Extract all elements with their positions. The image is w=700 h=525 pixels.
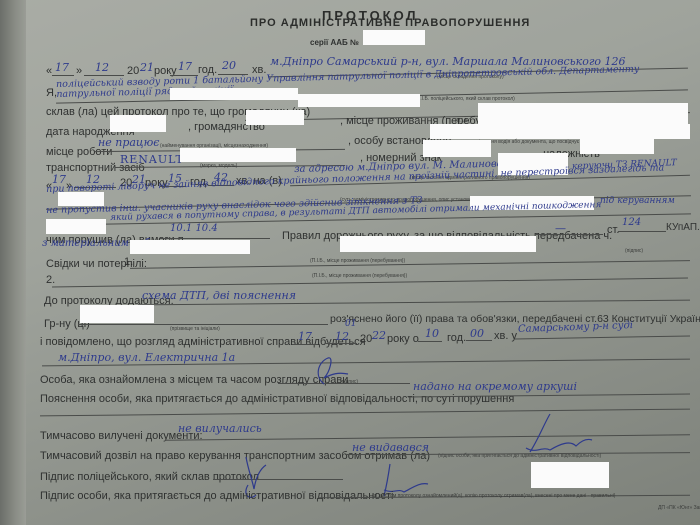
hearing-hour-label: год. [447, 332, 466, 344]
redacted-officer-name [170, 88, 298, 100]
series-label: серії ААБ № [310, 38, 359, 47]
redacted-person-name [80, 305, 154, 323]
hearing-year-label: року о [387, 333, 419, 345]
redacted-other-driver [46, 219, 106, 234]
rights-name-caption: (прізвище та ініціали) [170, 326, 220, 332]
print-mark: ДП «ПК «Юнг» Зам. 96 [658, 505, 700, 511]
hearing-year-prefix: 20 [360, 333, 372, 345]
person-signature-caption: (зі змістом протоколу ознайомлений(а), к… [372, 493, 615, 499]
witness-2-caption: (П.І.Б., місце проживання (перебування)) [312, 273, 407, 279]
article-label: ст. [607, 224, 619, 236]
documents-value: не вилучались [178, 422, 262, 435]
rights-text: роз'яснено його (її) права та обов'язки,… [330, 313, 700, 325]
explanation-label: Пояснення особи, яка притягається до адм… [40, 393, 514, 405]
witness-1-number: 1. [124, 256, 133, 268]
redacted-citizenship [246, 110, 304, 125]
compile-hour: 17 [178, 60, 192, 73]
permit-value: не видавався [352, 441, 429, 454]
acknowledgement-signature [310, 348, 350, 388]
article-value: 124 [622, 217, 641, 228]
witness-1-caption: (П.І.Б., місце проживання (перебування)) [310, 258, 405, 264]
compile-day: 17 [55, 61, 69, 74]
vehicle-caption: (марка, модель) [200, 163, 237, 169]
document-subtitle: ПРО АДМІНІСТРАТИВНЕ ПРАВОПОРУШЕННЯ [250, 17, 530, 29]
protocol-document: ПРОТОКОЛ ПРО АДМІНІСТРАТИВНЕ ПРАВОПОРУШЕ… [0, 0, 700, 525]
hearing-hour: 10 [425, 327, 439, 340]
redacted-witness-1-b [340, 236, 536, 252]
redacted-vehicle-model [180, 148, 296, 162]
compile-year-prefix: 20 [127, 65, 139, 77]
hearing-month-note: 12 [335, 330, 349, 343]
compile-year-suffix: 21 [140, 61, 154, 74]
hearing-day: 17 [298, 330, 312, 343]
compile-minute: 20 [222, 59, 236, 72]
hearing-minute-label: хв. у [494, 330, 517, 342]
officer-signature-label: Підпис поліцейського, який склав протоко… [40, 471, 259, 483]
redacted-owner [580, 137, 654, 154]
redacted-officer-badge [531, 462, 609, 488]
hearing-year-suffix: 22 [372, 329, 386, 342]
redacted-plate [423, 140, 491, 157]
paper-edge [0, 0, 26, 525]
hearing-month: 01 [345, 319, 356, 329]
violated-points: 10.1 10.4 [170, 223, 218, 234]
permit-signature [520, 410, 600, 460]
redacted-dob [110, 115, 166, 132]
work-value: не працює [98, 136, 159, 149]
hearing-address: м.Дніпро, вул. Електрична 1а [58, 351, 235, 364]
witness-signature-caption: (підпис) [625, 248, 643, 254]
redacted-citizen-name [298, 94, 420, 107]
hearing-minute: 00 [470, 327, 484, 340]
redacted-protocol-number [363, 30, 425, 45]
person-signature-label: Підпис особи, яка притягається до адміні… [40, 490, 393, 502]
code-label: КУпАП. [666, 222, 700, 233]
compile-month: 12 [95, 61, 109, 74]
witness-2-number: 2. [46, 274, 55, 286]
attachments-value: схема ДТП, дві пояснення [142, 289, 296, 302]
offense-line3-end: під керуванням [600, 196, 675, 206]
redacted-witness-1-a [130, 240, 250, 254]
acknowledged-label: Особа, яка ознайомлена з місцем та часом… [40, 374, 348, 386]
explanation-value: надано на окремому аркуші [413, 380, 577, 393]
vehicle-value: RENAULT [120, 153, 184, 166]
hearing-label: і повідомлено, що розгляд адміністративн… [40, 336, 366, 348]
redacted-residence [478, 103, 688, 125]
quote-close: » [76, 65, 82, 77]
